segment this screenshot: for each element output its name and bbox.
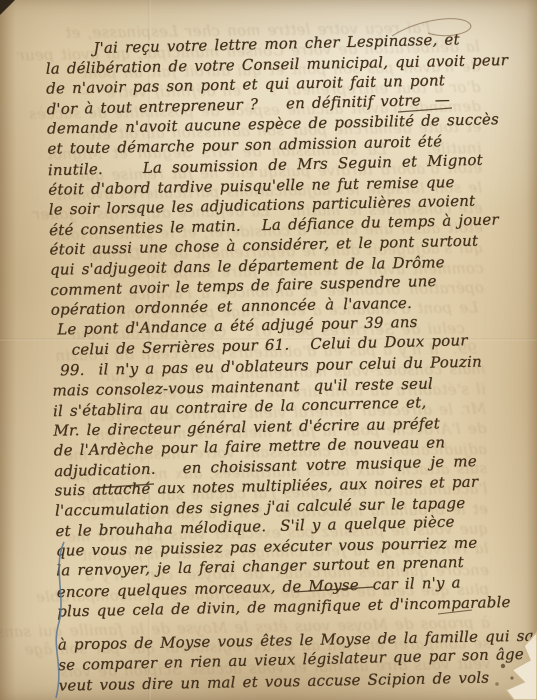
letter-photo: J'ai reçu votre lettre mon cher Lespinas…: [0, 0, 537, 700]
letter-body: J'ai reçu votre lettre mon cher Lespinas…: [0, 28, 537, 697]
